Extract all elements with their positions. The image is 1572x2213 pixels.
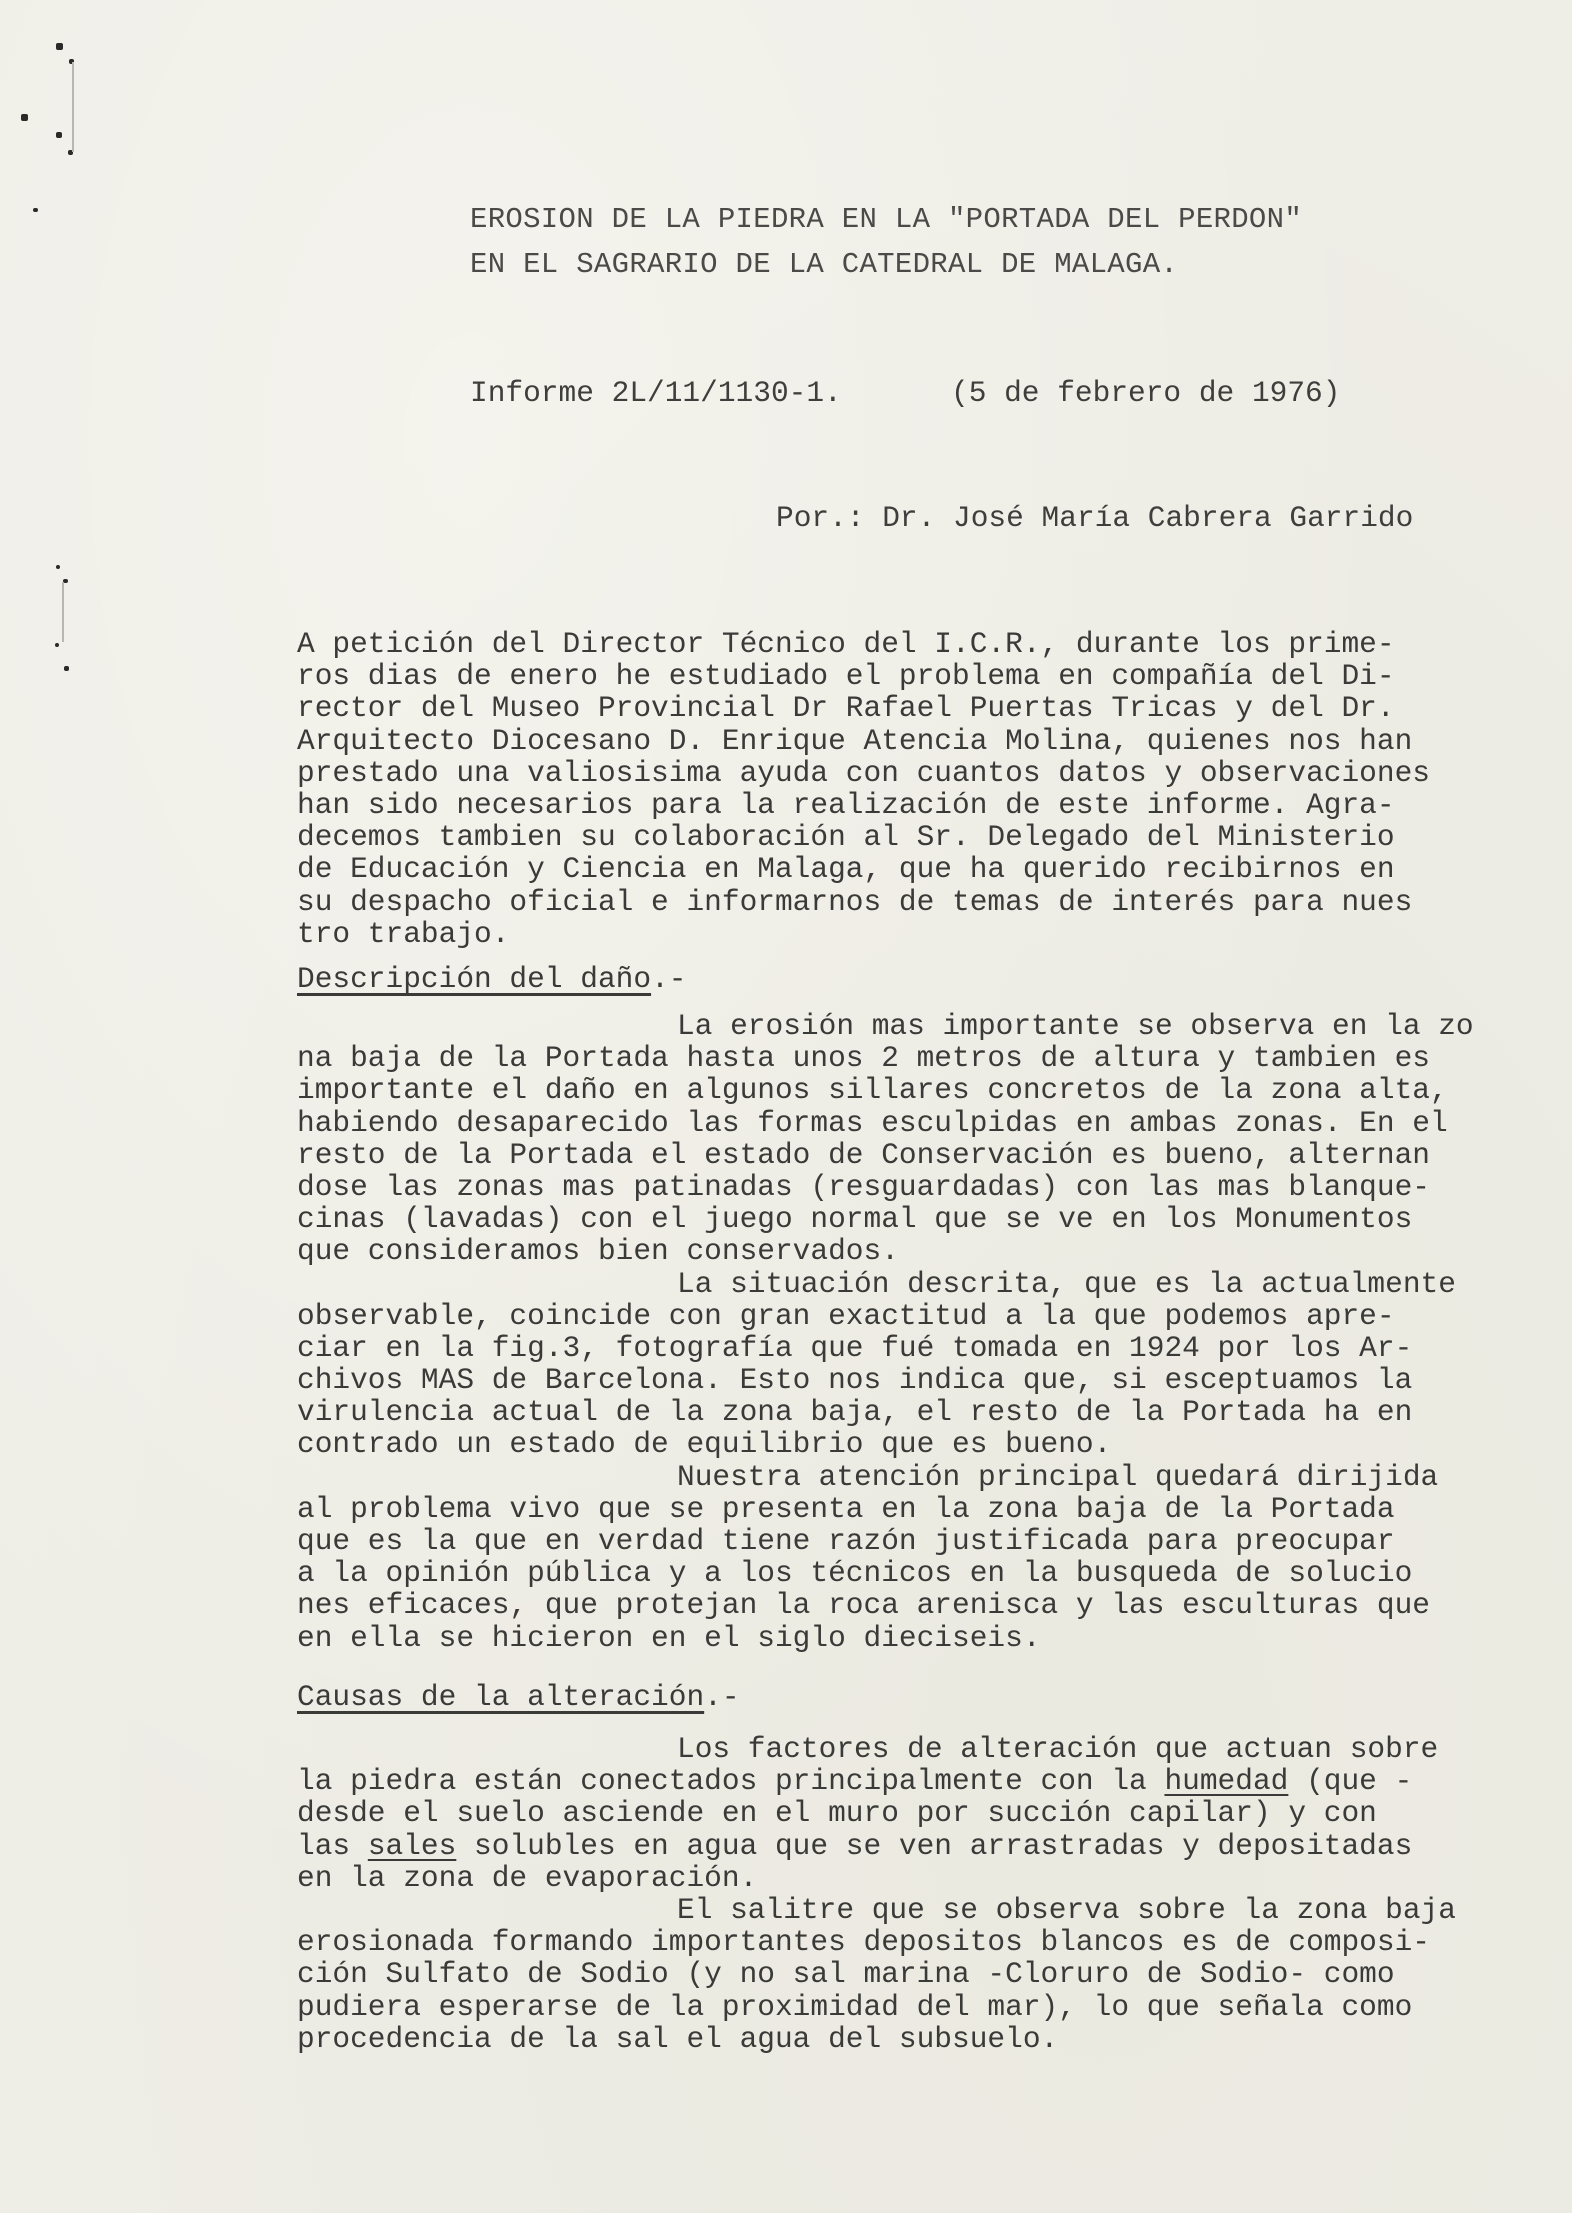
text-line: A petición del Director Técnico del I.C.…	[297, 628, 1430, 660]
text-line: resto de la Portada el estado de Conserv…	[297, 1139, 1474, 1171]
text-line: en la zona de evaporación.	[297, 1862, 1456, 1894]
section-heading-descripcion: Descripción del daño.-	[297, 962, 686, 996]
section-heading-text: Causas de la alteración	[297, 1680, 704, 1714]
text-line: procedencia de la sal el agua del subsue…	[297, 2023, 1456, 2055]
section-heading-suffix: .-	[651, 962, 686, 996]
text-line: La erosión mas importante se observa en …	[297, 1010, 1474, 1042]
text-line: Nuestra atención principal quedará dirij…	[297, 1461, 1474, 1493]
section-2-body: Los factores de alteración que actuan so…	[297, 1733, 1456, 2055]
text-line: ciar en la fig.3, fotografía que fué tom…	[297, 1332, 1474, 1364]
text-line: Los factores de alteración que actuan so…	[297, 1733, 1456, 1765]
document-title-line-1: EROSION DE LA PIEDRA EN LA "PORTADA DEL …	[470, 203, 1302, 236]
text-line: prestado una valiosisima ayuda con cuant…	[297, 757, 1430, 789]
underlined-term-sales: sales	[368, 1829, 457, 1863]
text-span: (que -	[1288, 1764, 1412, 1798]
margin-speck	[56, 132, 62, 138]
text-line: chivos MAS de Barcelona. Esto nos indica…	[297, 1364, 1474, 1396]
text-line: rector del Museo Provincial Dr Rafael Pu…	[297, 692, 1430, 724]
text-line: ros dias de enero he estudiado el proble…	[297, 660, 1430, 692]
report-id: Informe 2L/11/1130-1.	[470, 376, 842, 410]
paragraph-first-line: Nuestra atención principal quedará dirij…	[677, 1460, 1438, 1494]
author-line: Por.: Dr. José María Cabrera Garrido	[776, 501, 1413, 535]
section-heading-causas: Causas de la alteración.-	[297, 1680, 740, 1714]
text-line: su despacho oficial e informarnos de tem…	[297, 886, 1430, 918]
text-line: na baja de la Portada hasta unos 2 metro…	[297, 1042, 1474, 1074]
margin-staple-mark	[62, 582, 64, 642]
text-line: tro trabajo.	[297, 918, 1430, 950]
report-date: (5 de febrero de 1976)	[951, 376, 1340, 410]
text-line: La situación descrita, que es la actualm…	[297, 1268, 1474, 1300]
paragraph-first-line: La situación descrita, que es la actualm…	[677, 1267, 1456, 1301]
text-line: cinas (lavadas) con el juego normal que …	[297, 1203, 1474, 1235]
text-line: erosionada formando importantes deposito…	[297, 1926, 1456, 1958]
margin-speck	[56, 565, 60, 569]
text-span: solubles en agua que se ven arrastradas …	[456, 1829, 1412, 1863]
paragraph-first-line: Los factores de alteración que actuan so…	[677, 1732, 1438, 1766]
text-line: la piedra están conectados principalment…	[297, 1765, 1456, 1797]
text-line: en ella se hicieron en el siglo diecisei…	[297, 1622, 1474, 1654]
text-line: las sales solubles en agua que se ven ar…	[297, 1830, 1456, 1862]
text-line: contrado un estado de equilibrio que es …	[297, 1428, 1474, 1460]
text-span: la piedra están conectados principalment…	[297, 1764, 1164, 1798]
margin-staple-mark	[72, 62, 74, 152]
text-line: que consideramos bien conservados.	[297, 1235, 1474, 1267]
margin-speck	[64, 666, 69, 671]
text-line: decemos tambien su colaboración al Sr. D…	[297, 821, 1430, 853]
text-line: dose las zonas mas patinadas (resguardad…	[297, 1171, 1474, 1203]
text-line: habiendo desaparecido las formas esculpi…	[297, 1107, 1474, 1139]
text-line: de Educación y Ciencia en Malaga, que ha…	[297, 853, 1430, 885]
paragraph-first-line: La erosión mas importante se observa en …	[677, 1009, 1474, 1043]
paragraph-first-line: El salitre que se observa sobre la zona …	[677, 1893, 1456, 1927]
document-title-line-2: EN EL SAGRARIO DE LA CATEDRAL DE MALAGA.	[470, 248, 1178, 281]
text-line: al problema vivo que se presenta en la z…	[297, 1493, 1474, 1525]
text-line: pudiera esperarse de la proximidad del m…	[297, 1991, 1456, 2023]
margin-speck	[56, 43, 63, 50]
text-line: que es la que en verdad tiene razón just…	[297, 1525, 1474, 1557]
scanned-page: EROSION DE LA PIEDRA EN LA "PORTADA DEL …	[0, 0, 1572, 2213]
text-line: ción Sulfato de Sodio (y no sal marina -…	[297, 1958, 1456, 1990]
text-line: importante el daño en algunos sillares c…	[297, 1074, 1474, 1106]
margin-speck	[33, 208, 38, 212]
text-line: nes eficaces, que protejan la roca areni…	[297, 1589, 1474, 1621]
text-line: desde el suelo asciende en el muro por s…	[297, 1797, 1456, 1829]
margin-speck	[55, 643, 59, 647]
text-line: a la opinión pública y a los técnicos en…	[297, 1557, 1474, 1589]
margin-speck	[21, 114, 28, 121]
text-line: Arquitecto Diocesano D. Enrique Atencia …	[297, 725, 1430, 757]
section-heading-text: Descripción del daño	[297, 962, 651, 996]
intro-paragraph: A petición del Director Técnico del I.C.…	[297, 628, 1430, 950]
underlined-term-humedad: humedad	[1164, 1764, 1288, 1798]
text-line: observable, coincide con gran exactitud …	[297, 1300, 1474, 1332]
section-heading-suffix: .-	[704, 1680, 739, 1714]
text-line: El salitre que se observa sobre la zona …	[297, 1894, 1456, 1926]
text-line: virulencia actual de la zona baja, el re…	[297, 1396, 1474, 1428]
text-span: las	[297, 1829, 368, 1863]
section-1-body: La erosión mas importante se observa en …	[297, 1010, 1474, 1654]
text-line: han sido necesarios para la realización …	[297, 789, 1430, 821]
